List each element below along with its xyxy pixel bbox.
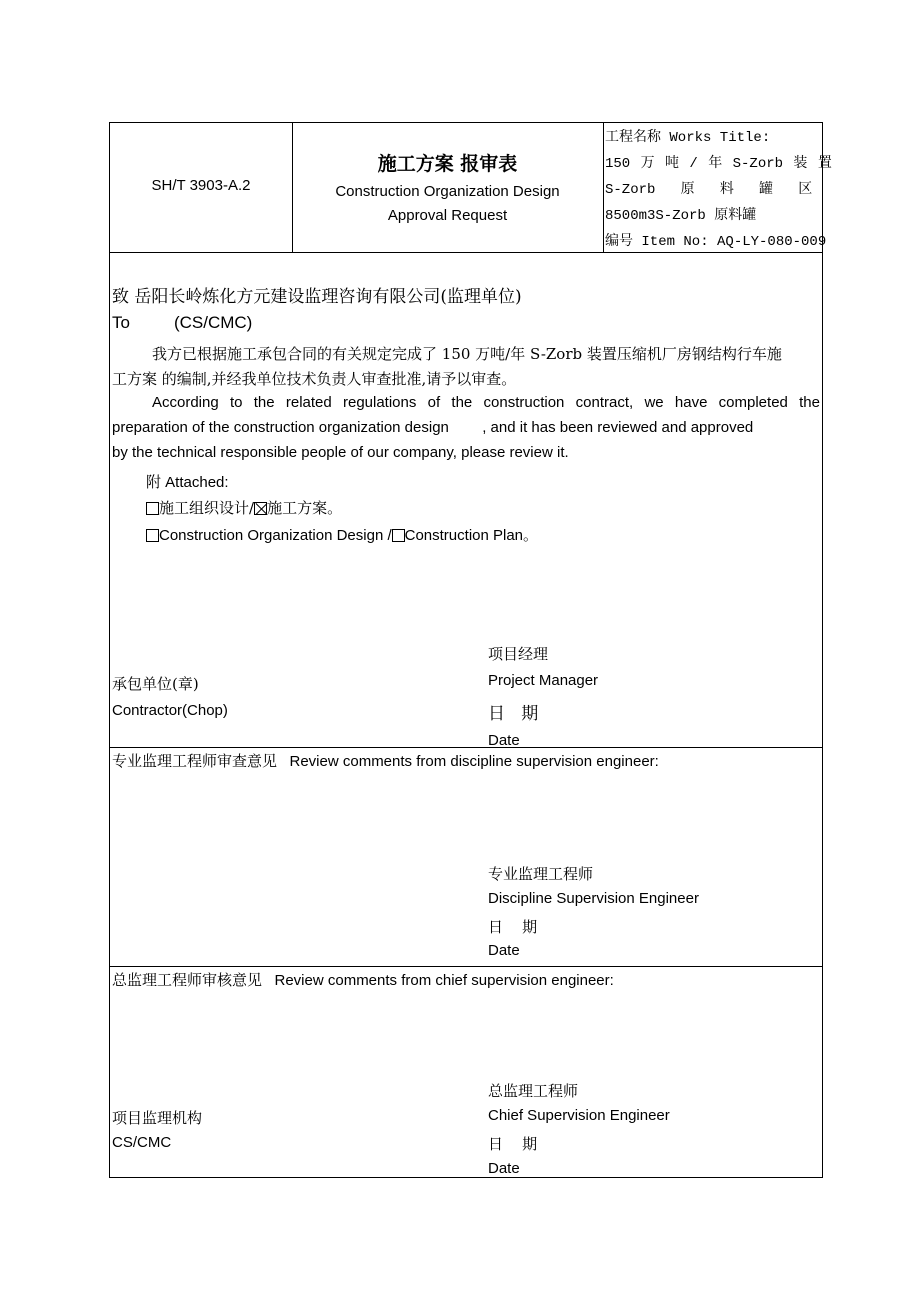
form-title-cn: 施工方案 报审表 [292,149,603,176]
form-title-en-line2: Approval Request [292,207,603,224]
checkbox-construction-org-design-en[interactable] [146,529,159,542]
discipline-review-heading: 专业监理工程师审查意见 Review comments from discipl… [112,750,659,771]
chief-review-heading: 总监理工程师审核意见 Review comments from chief su… [112,969,614,990]
body-paragraph-cn-line1: 我方已根据施工承包合同的有关规定完成了 150 万吨/年 S-Zorb 装置压缩… [152,343,782,364]
addressee-en-prefix: To [112,313,130,332]
checkbox-construction-plan-en[interactable] [392,529,405,542]
discipline-date-en: Date [488,942,520,959]
contractor-date-en: Date [488,732,520,749]
chief-date-en: Date [488,1160,520,1177]
body-paragraph-en-line2: preparation of the construction organiza… [112,419,820,436]
contractor-unit-en: Contractor(Chop) [112,702,228,719]
works-title-label: 工程名称 Works Title: [605,126,770,146]
discipline-engineer-cn: 专业监理工程师 [488,863,593,884]
row-divider [110,747,822,748]
addressee-en: To(CS/CMC) [112,313,252,333]
project-manager-cn: 项目经理 [488,643,548,664]
attachments-en: Construction Organization Design /Constr… [146,524,538,545]
discipline-engineer-en: Discipline Supervision Engineer [488,890,699,907]
addressee-en-suffix: (CS/CMC) [174,313,252,332]
attached-label: 附 Attached: [146,471,229,492]
works-title-line2: S-Zorb 原 料 罐 区 [605,178,821,198]
form-code: SH/T 3903-A.2 [110,177,292,194]
works-title-line3: 8500m3S-Zorb 原料罐 [605,204,756,224]
attachments-cn: 施工组织设计/施工方案。 [146,497,342,518]
attachment-label: 施工方案。 [267,499,342,517]
attachment-label: Construction Organization Design / [159,527,392,544]
form-title-en-line1: Construction Organization Design [292,183,603,200]
item-number: 编号 Item No: AQ-LY-080-009 [605,230,826,250]
chief-engineer-cn: 总监理工程师 [488,1080,578,1101]
approval-form-table: SH/T 3903-A.2 施工方案 报审表 Construction Orga… [109,122,823,1178]
supervision-org-cn: 项目监理机构 [112,1107,202,1128]
row-divider [110,252,822,253]
body-paragraph-cn-line2: 工方案 的编制,并经我单位技术负责人审查批准,请予以审查。 [112,368,516,389]
checkbox-construction-org-design-cn[interactable] [146,502,159,515]
chief-engineer-en: Chief Supervision Engineer [488,1107,670,1124]
addressee-cn: 致 岳阳长岭炼化方元建设监理咨询有限公司(监理单位) [112,282,522,307]
works-title-line1: 150 万 吨 / 年 S-Zorb 装 置 [605,152,821,172]
discipline-date-cn: 日 期 [488,916,537,937]
body-paragraph-en-line3: by the technical responsible people of o… [112,444,569,461]
header-divider [603,123,604,252]
body-paragraph-en-line1: According to the related regulations of … [152,394,820,411]
attachment-label: 施工组织设计/ [159,499,254,517]
row-divider [110,966,822,967]
contractor-date-cn: 日 期 [488,699,538,724]
contractor-unit-cn: 承包单位(章) [112,673,199,694]
supervision-org-en: CS/CMC [112,1134,171,1151]
project-manager-en: Project Manager [488,672,598,689]
chief-date-cn: 日 期 [488,1133,537,1154]
checkbox-construction-plan-cn[interactable] [254,502,267,515]
attachment-label: Construction Plan。 [405,527,538,544]
